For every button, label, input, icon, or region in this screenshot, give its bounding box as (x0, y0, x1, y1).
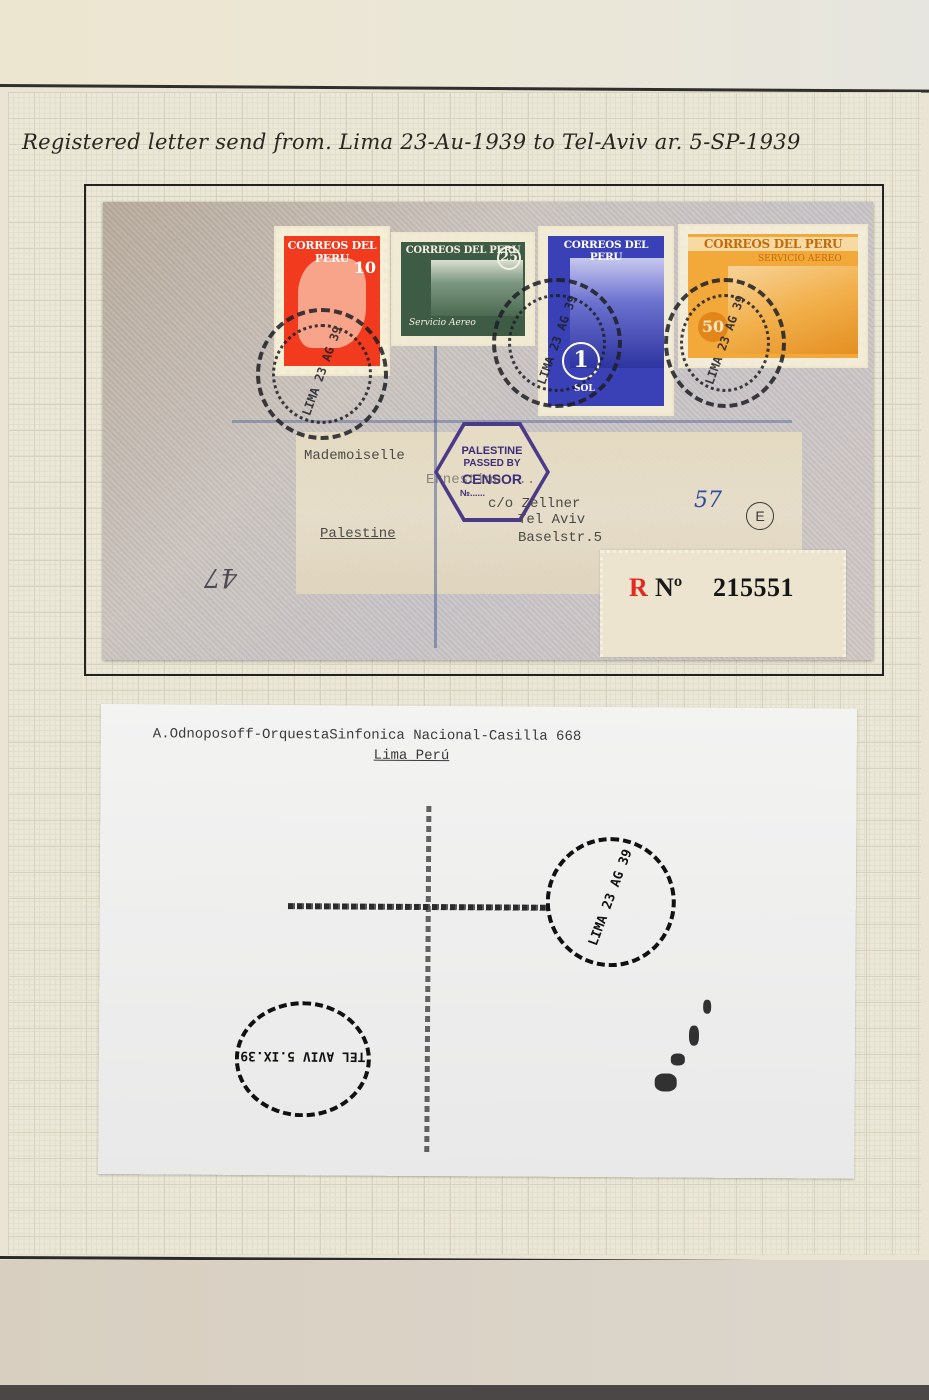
registration-number: 215551 (713, 573, 794, 603)
address-street: Baselstr.5 (518, 530, 602, 546)
handwritten-caption: Registered letter send from. Lima 23-Au-… (22, 130, 912, 154)
postmark-lima-back: LIMA 23 AG 39 (545, 837, 676, 968)
pencil-note: 47 (204, 562, 237, 592)
ink-smudge (689, 1026, 699, 1046)
censor-line-1: PALESTINE (462, 445, 523, 459)
postmark-lima-2: LIMA 23 AG 39 (492, 278, 622, 408)
registration-cross-horizontal (288, 903, 548, 911)
stamp-subtitle: SERVICIO AEREO (758, 254, 842, 264)
sender-address-line-2: Lima Perú (374, 748, 450, 764)
address-city: Tel Aviv (518, 512, 585, 528)
album-page-top-margin (0, 0, 929, 88)
envelope-back-photocopy: A.Odnoposoff-OrquestaSinfonica Nacional-… (98, 704, 857, 1179)
postmark-lima-1: LIMA 23 AG 39 (256, 308, 388, 440)
stamp-title: CORREOS DEL PERU (688, 237, 858, 251)
address-name: Ernestine ... (426, 472, 535, 488)
ink-smudge (671, 1053, 685, 1065)
circled-letter-mark: E (746, 502, 774, 530)
blue-pencil-note: 57 (694, 488, 722, 513)
stamp-title: CORREOS DEL PERU (548, 239, 664, 263)
registration-cross-vertical (424, 806, 431, 1156)
postmark-text: LIMA 23 AG 39 (583, 838, 639, 958)
desk-surface (0, 1385, 929, 1400)
blue-crayon-line-vertical (434, 330, 437, 648)
number-sign: Nº (655, 573, 682, 603)
address-care-of: c/o Zellner (488, 496, 580, 512)
address-country: Palestine (320, 526, 396, 542)
stamp-subtitle: Servicio Aereo (409, 318, 476, 328)
censor-line-4: №...... (460, 488, 485, 499)
censor-line-2: PASSED BY (463, 458, 520, 471)
postmark-text: TEL AVIV 5.IX.39 (239, 1048, 367, 1064)
ink-smudge (655, 1073, 677, 1091)
stamp-value: 25 (497, 246, 521, 270)
address-salutation: Mademoiselle (304, 448, 405, 464)
stamp-value: 10 (354, 258, 376, 277)
postmark-tel-aviv-arrival: TEL AVIV 5.IX.39 (234, 1001, 371, 1118)
ink-smudge (703, 1000, 711, 1014)
album-page-bottom-margin (0, 1260, 929, 1385)
registration-r-mark: R (629, 573, 648, 603)
sender-address-line-1: A.Odnoposoff-OrquestaSinfonica Nacional-… (153, 726, 582, 745)
postmark-lima-3: LIMA 23 AG 39 (664, 278, 786, 408)
registration-label: R Nº 215551 (600, 550, 846, 657)
